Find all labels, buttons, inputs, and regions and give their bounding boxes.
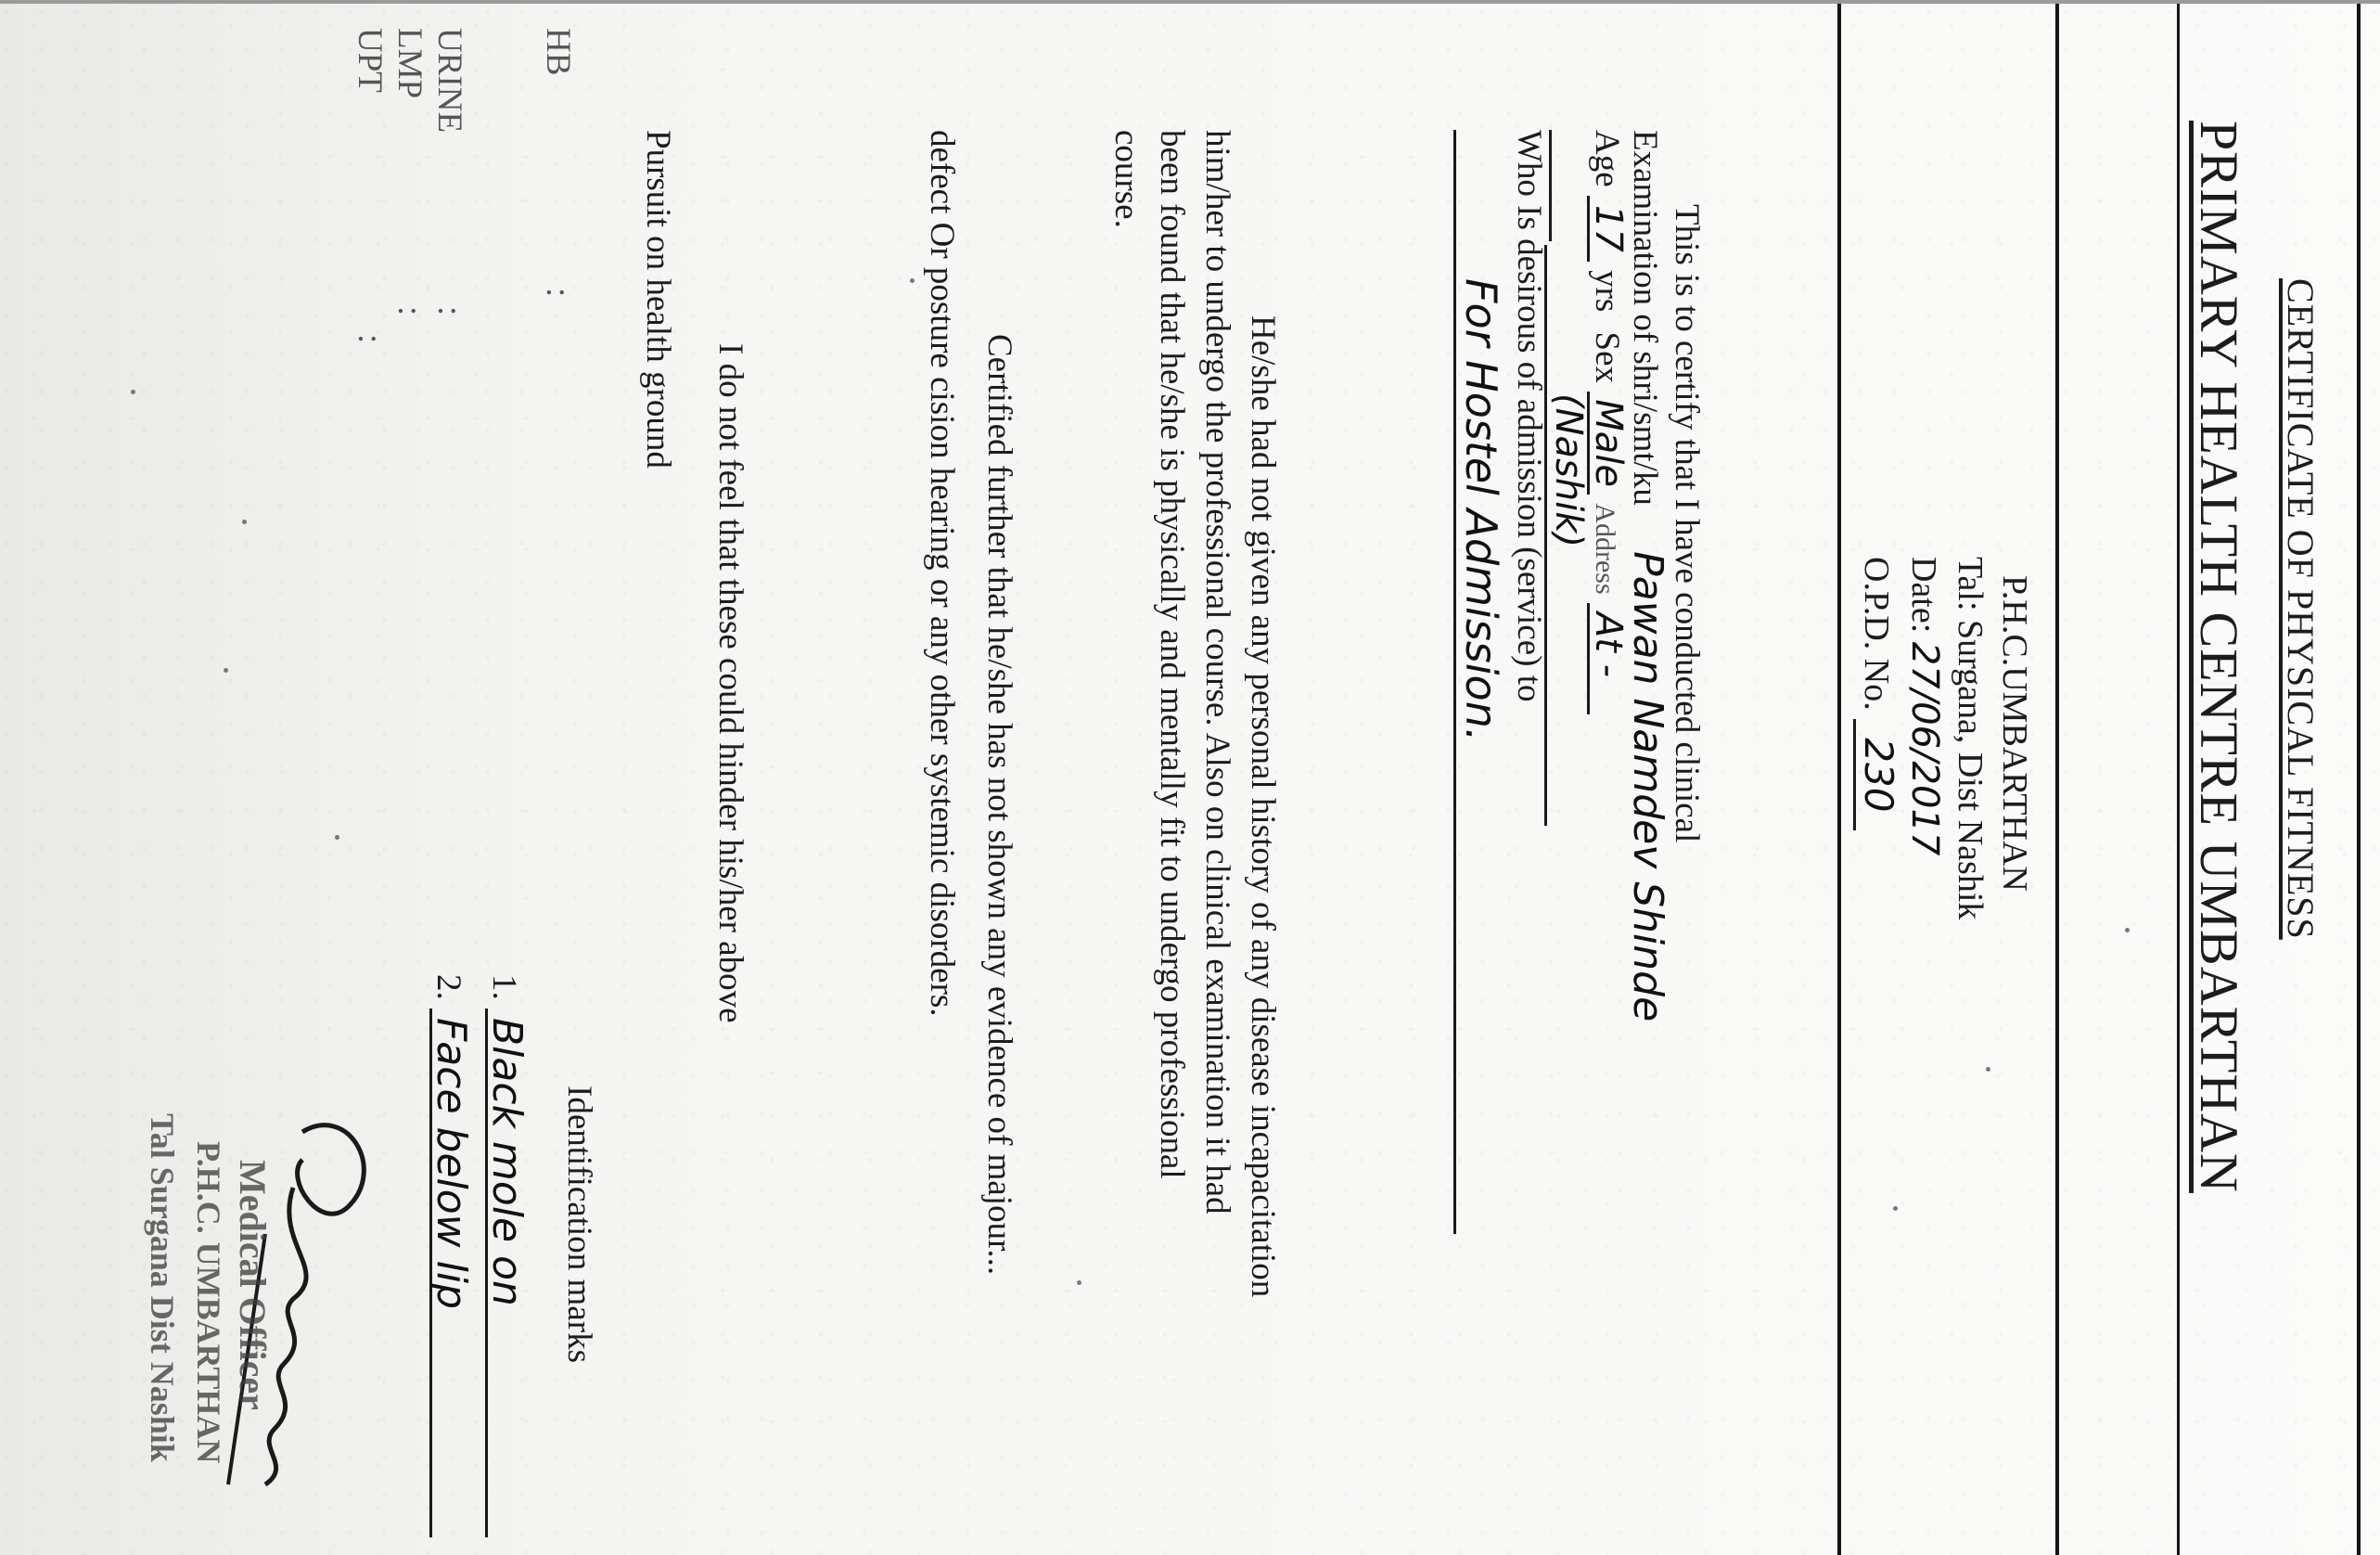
test-urine: URINE : xyxy=(430,28,467,133)
paragraph-opinion: I do not feel that these could hinder hi… xyxy=(621,130,766,1023)
speckle xyxy=(224,668,228,673)
date-label: Date: xyxy=(1904,557,1943,633)
scanned-document: CERTIFICATE OF PHYSICAL FITNESS PRIMARY … xyxy=(0,0,2380,1555)
paragraph-history-line-2: him/her to undergo the professional cour… xyxy=(1195,130,1240,1297)
header-divider-1 xyxy=(2177,0,2180,1555)
speckle xyxy=(1077,1280,1081,1285)
age-sex-line: Age 17 yrs Sex Male Address At - xyxy=(1586,130,1627,714)
sex-label: Sex xyxy=(1588,332,1626,384)
speckle xyxy=(335,835,339,840)
test-urine-value: : xyxy=(430,306,467,315)
opd-field: O.P.D. No. 230 xyxy=(1853,557,1901,830)
address-value-2: (Nashik) xyxy=(1544,245,1590,826)
mark-1-text: Black mole on xyxy=(485,1009,525,1537)
sex-value: Male xyxy=(1587,392,1627,495)
test-hb-value: : xyxy=(539,288,576,297)
date-field: Date: 27/06/2017 xyxy=(1903,557,1946,855)
phc-taluka-district: Tal: Surgana, Dist Nashik xyxy=(1950,557,1990,919)
header-divider-2 xyxy=(2055,0,2059,1555)
certificate-page: CERTIFICATE OF PHYSICAL FITNESS PRIMARY … xyxy=(0,0,2380,1555)
paragraph-opinion-line-1: I do not feel that these could hinder hi… xyxy=(694,130,766,1023)
age-value: 17 xyxy=(1587,196,1627,262)
stamp-line-3: Tal Surgana Dist Nashik xyxy=(143,1113,182,1462)
stamp-line-2: P.H.C. UMBARTHAN xyxy=(189,1141,228,1463)
header-divider-3 xyxy=(1837,0,1841,1555)
opd-value: 230 xyxy=(1853,719,1901,830)
identification-mark-2: 2. Face below lip xyxy=(429,974,469,1555)
address-label: Address xyxy=(1590,503,1620,594)
paragraph-certified-line-1: Certified further that he/she has not sh… xyxy=(970,130,1028,1275)
patient-name: Pawan Namdev Shinde xyxy=(1624,551,1671,1022)
test-lmp: LMP : xyxy=(390,28,428,98)
examination-line: Examination of shri/smt/ku Pawan Namdev … xyxy=(1626,130,1666,1022)
test-hb-label: HB xyxy=(539,28,577,75)
phc-name: P.H.C.UMBARTHAN xyxy=(1994,575,2035,892)
test-lmp-value: : xyxy=(390,306,428,315)
certify-intro: This is to certify that I have conducted… xyxy=(1668,204,1705,842)
speckle xyxy=(2125,928,2130,932)
test-urine-label: URINE xyxy=(430,28,468,133)
institution-title: PRIMARY HEALTH CENTRE UMBARTHAN xyxy=(2188,121,2250,1193)
speckle xyxy=(242,520,247,524)
identification-heading: Identification marks xyxy=(560,1086,597,1363)
purpose-value: For Hostel Admission. xyxy=(1453,130,1506,1234)
speckle xyxy=(910,278,915,283)
examination-label: Examination of shri/smt/ku xyxy=(1626,130,1664,506)
speckle xyxy=(1986,1067,1990,1072)
test-upt: UPT : xyxy=(351,28,388,93)
paragraph-certified-line-2: defect Or posture cision hearing or any … xyxy=(913,130,970,1275)
paragraph-certified: Certified further that he/she has not sh… xyxy=(913,130,1028,1275)
paragraph-history: He/she had not given any personal histor… xyxy=(1104,130,1286,1297)
mark-2-text: Face below lip xyxy=(429,1009,469,1537)
page-left-edge xyxy=(0,0,2380,4)
address-value: At - xyxy=(1587,603,1627,714)
address-line-2: (Nashik) xyxy=(1544,130,1590,965)
speckle xyxy=(1893,1206,1898,1211)
certificate-title: CERTIFICATE OF PHYSICAL FITNESS xyxy=(2279,278,2322,940)
address-blank xyxy=(1549,130,1568,241)
mark-2-number: 2. xyxy=(429,974,467,1000)
test-upt-label: UPT xyxy=(351,28,389,93)
identification-mark-1: 1. Black mole on xyxy=(485,974,525,1555)
yrs-label: yrs xyxy=(1588,270,1626,312)
paragraph-history-line-3: been found that he/she is physically and… xyxy=(1149,130,1195,1297)
purpose-line: For Hostel Admission. xyxy=(1453,130,1506,1234)
test-hb: HB : xyxy=(539,28,576,75)
stamp-line-1: Medical Officer xyxy=(231,1160,275,1410)
date-value: 27/06/2017 xyxy=(1903,642,1946,856)
paragraph-history-line-1: He/she had not given any personal histor… xyxy=(1240,130,1286,1297)
age-label: Age xyxy=(1588,130,1626,187)
test-upt-value: : xyxy=(351,334,388,343)
mark-1-number: 1. xyxy=(485,974,523,1000)
desirous-label: Who Is desirous of admission (service) t… xyxy=(1510,130,1547,702)
paragraph-opinion-line-2: Pursuit on health ground xyxy=(621,130,694,1023)
opd-label: O.P.D. No. xyxy=(1857,557,1896,711)
top-border-line xyxy=(2357,0,2361,1555)
test-lmp-label: LMP xyxy=(390,28,429,98)
speckle xyxy=(131,390,135,394)
paragraph-history-line-4: course. xyxy=(1104,130,1149,1297)
